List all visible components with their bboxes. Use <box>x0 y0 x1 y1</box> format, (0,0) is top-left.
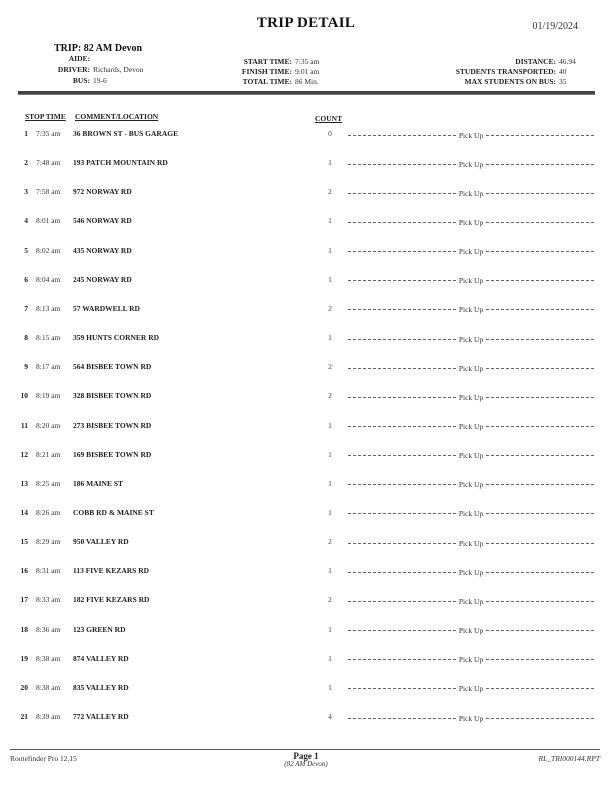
stop-number: 1 <box>14 129 28 138</box>
stop-number: 17 <box>14 595 28 604</box>
stop-action: Pick Up <box>348 129 594 141</box>
stop-row: 5 8:02 am 435 NORWAY RD 1 Pick Up <box>0 246 612 258</box>
stop-number: 8 <box>14 333 28 342</box>
stop-action: Pick Up <box>348 421 594 433</box>
bus-value: 19-6 <box>93 76 107 85</box>
finish-time-value: 9:01 am <box>295 67 319 76</box>
dash-leader <box>348 339 456 340</box>
stop-time: 8:15 am <box>36 333 60 342</box>
footer-divider <box>10 749 600 750</box>
stop-time: 8:13 am <box>36 304 60 313</box>
stop-row: 17 8:33 am 182 FIVE KEZARS RD 2 Pick Up <box>0 595 612 607</box>
stop-action-label: Pick Up <box>456 364 486 373</box>
col-header-location: COMMENT/LOCATION <box>75 112 158 121</box>
stop-count: 2 <box>325 304 335 313</box>
dash-leader <box>348 193 456 194</box>
dash-trailer <box>486 455 594 456</box>
stop-location: 772 VALLEY RD <box>73 712 129 721</box>
stop-number: 2 <box>14 158 28 167</box>
stop-location: 245 NORWAY RD <box>73 275 132 284</box>
stop-number: 20 <box>14 683 28 692</box>
stop-action-label: Pick Up <box>456 539 486 548</box>
stop-action-label: Pick Up <box>456 422 486 431</box>
stop-count: 1 <box>325 246 335 255</box>
stop-row: 7 8:13 am 57 WARDWELL RD 2 Pick Up <box>0 304 612 316</box>
stop-action-label: Pick Up <box>456 684 486 693</box>
stop-action: Pick Up <box>348 362 594 374</box>
dash-leader <box>348 630 456 631</box>
dash-leader <box>348 251 456 252</box>
report-title: TRIP DETAIL <box>0 15 612 32</box>
max-students-row: MAX STUDENTS ON BUS:35 <box>420 76 567 87</box>
stop-count: 1 <box>325 450 335 459</box>
dash-trailer <box>486 601 594 602</box>
stop-count: 2 <box>325 537 335 546</box>
stop-location: 972 NORWAY RD <box>73 187 132 196</box>
stop-time: 7:58 am <box>36 187 60 196</box>
dash-leader <box>348 572 456 573</box>
start-time-value: 7:35 am <box>295 57 319 66</box>
stop-row: 12 8:21 am 169 BISBEE TOWN RD 1 Pick Up <box>0 450 612 462</box>
dash-leader <box>348 688 456 689</box>
stop-time: 8:21 am <box>36 450 60 459</box>
stop-number: 12 <box>14 450 28 459</box>
stop-action-label: Pick Up <box>456 480 486 489</box>
stop-action-label: Pick Up <box>456 655 486 664</box>
dash-trailer <box>486 484 594 485</box>
stop-time: 8:25 am <box>36 479 60 488</box>
stop-number: 6 <box>14 275 28 284</box>
stop-number: 3 <box>14 187 28 196</box>
stop-count: 1 <box>325 275 335 284</box>
stop-row: 1 7:35 am 36 BROWN ST - BUS GARAGE 0 Pic… <box>0 129 612 141</box>
stop-action-label: Pick Up <box>456 218 486 227</box>
dash-trailer <box>486 718 594 719</box>
dash-leader <box>348 601 456 602</box>
dash-leader <box>348 397 456 398</box>
dash-leader <box>348 455 456 456</box>
aide-label: AIDE: <box>20 53 90 64</box>
driver-value: Richards, Devon <box>93 65 143 74</box>
stop-number: 14 <box>14 508 28 517</box>
stop-number: 10 <box>14 391 28 400</box>
report-date: 01/19/2024 <box>532 21 578 32</box>
stop-action-label: Pick Up <box>456 305 486 314</box>
stop-action: Pick Up <box>348 304 594 316</box>
dash-leader <box>348 164 456 165</box>
stop-action-label: Pick Up <box>456 626 486 635</box>
stop-action: Pick Up <box>348 391 594 403</box>
stop-action-label: Pick Up <box>456 393 486 402</box>
dash-trailer <box>486 193 594 194</box>
stop-action: Pick Up <box>348 158 594 170</box>
stop-location: 950 VALLEY RD <box>73 537 129 546</box>
stop-time: 7:48 am <box>36 158 60 167</box>
stop-number: 16 <box>14 566 28 575</box>
stop-action-label: Pick Up <box>456 335 486 344</box>
stop-action: Pick Up <box>348 625 594 637</box>
stop-count: 2 <box>325 595 335 604</box>
stop-count: 1 <box>325 216 335 225</box>
stop-time: 8:38 am <box>36 654 60 663</box>
stop-row: 14 8:26 am COBB RD & MAINE ST 1 Pick Up <box>0 508 612 520</box>
stop-time: 8:20 am <box>36 421 60 430</box>
stop-number: 4 <box>14 216 28 225</box>
stop-location: 273 BISBEE TOWN RD <box>73 421 151 430</box>
dash-trailer <box>486 543 594 544</box>
stop-count: 1 <box>325 654 335 663</box>
stop-location: 193 PATCH MOUNTAIN RD <box>73 158 168 167</box>
stop-location: 835 VALLEY RD <box>73 683 129 692</box>
dash-trailer <box>486 572 594 573</box>
stop-action: Pick Up <box>348 508 594 520</box>
stop-time: 8:04 am <box>36 275 60 284</box>
stop-time: 8:29 am <box>36 537 60 546</box>
bus-label: BUS: <box>20 75 90 86</box>
stop-time: 8:01 am <box>36 216 60 225</box>
stop-row: 2 7:48 am 193 PATCH MOUNTAIN RD 1 Pick U… <box>0 158 612 170</box>
dash-trailer <box>486 309 594 310</box>
stop-time: 8:38 am <box>36 683 60 692</box>
dash-leader <box>348 222 456 223</box>
stop-action-label: Pick Up <box>456 509 486 518</box>
dash-trailer <box>486 280 594 281</box>
stop-action: Pick Up <box>348 187 594 199</box>
dash-trailer <box>486 688 594 689</box>
dash-leader <box>348 135 456 136</box>
stop-row: 9 8:17 am 564 BISBEE TOWN RD 2 Pick Up <box>0 362 612 374</box>
dash-trailer <box>486 397 594 398</box>
stop-time: 8:31 am <box>36 566 60 575</box>
stop-time: 8:36 am <box>36 625 60 634</box>
stop-row: 8 8:15 am 359 HUNTS CORNER RD 1 Pick Up <box>0 333 612 345</box>
stop-action: Pick Up <box>348 333 594 345</box>
stop-location: 564 BISBEE TOWN RD <box>73 362 151 371</box>
header-divider <box>18 91 595 95</box>
stop-count: 1 <box>325 479 335 488</box>
stop-action: Pick Up <box>348 246 594 258</box>
stop-location: 186 MAINE ST <box>73 479 123 488</box>
dash-trailer <box>486 630 594 631</box>
stop-row: 20 8:38 am 835 VALLEY RD 1 Pick Up <box>0 683 612 695</box>
stop-row: 10 8:19 am 328 BISBEE TOWN RD 2 Pick Up <box>0 391 612 403</box>
bus-row: BUS:19-6 <box>20 75 107 86</box>
stop-time: 7:35 am <box>36 129 60 138</box>
stop-count: 1 <box>325 158 335 167</box>
stop-count: 1 <box>325 683 335 692</box>
stop-time: 8:02 am <box>36 246 60 255</box>
stop-number: 18 <box>14 625 28 634</box>
total-time-label: TOTAL TIME: <box>220 76 292 87</box>
dash-trailer <box>486 513 594 514</box>
driver-row: DRIVER:Richards, Devon <box>20 64 143 75</box>
stop-action: Pick Up <box>348 450 594 462</box>
total-time-row: TOTAL TIME:86 Min. <box>220 76 319 87</box>
stop-number: 7 <box>14 304 28 313</box>
stop-location: 435 NORWAY RD <box>73 246 132 255</box>
dash-trailer <box>486 164 594 165</box>
stop-count: 1 <box>325 566 335 575</box>
stop-action: Pick Up <box>348 566 594 578</box>
stop-action: Pick Up <box>348 275 594 287</box>
stop-count: 2 <box>325 391 335 400</box>
stop-location: 57 WARDWELL RD <box>73 304 140 313</box>
report-filename: RL_TRI000144.RPT <box>539 754 600 763</box>
stop-time: 8:26 am <box>36 508 60 517</box>
stop-action-label: Pick Up <box>456 160 486 169</box>
stop-action-label: Pick Up <box>456 131 486 140</box>
dash-leader <box>348 718 456 719</box>
stop-location: 874 VALLEY RD <box>73 654 129 663</box>
stop-action: Pick Up <box>348 216 594 228</box>
stop-count: 0 <box>325 129 335 138</box>
max-students-value: 35 <box>559 77 567 86</box>
dash-leader <box>348 426 456 427</box>
stop-number: 19 <box>14 654 28 663</box>
stop-action-label: Pick Up <box>456 568 486 577</box>
stop-time: 8:33 am <box>36 595 60 604</box>
stop-action: Pick Up <box>348 654 594 666</box>
stop-number: 13 <box>14 479 28 488</box>
stop-action: Pick Up <box>348 683 594 695</box>
dash-leader <box>348 280 456 281</box>
stop-count: 2 <box>325 187 335 196</box>
col-header-stop-time: STOP TIME <box>25 112 66 121</box>
stop-location: 546 NORWAY RD <box>73 216 132 225</box>
stop-count: 1 <box>325 421 335 430</box>
driver-label: DRIVER: <box>20 64 90 75</box>
stop-count: 1 <box>325 508 335 517</box>
stop-action: Pick Up <box>348 712 594 724</box>
stop-row: 11 8:20 am 273 BISBEE TOWN RD 1 Pick Up <box>0 421 612 433</box>
dash-trailer <box>486 426 594 427</box>
dash-trailer <box>486 659 594 660</box>
students-transported-value: 40 <box>559 67 567 76</box>
stop-time: 8:17 am <box>36 362 60 371</box>
dash-leader <box>348 543 456 544</box>
stop-number: 5 <box>14 246 28 255</box>
stop-action: Pick Up <box>348 479 594 491</box>
dash-leader <box>348 368 456 369</box>
dash-leader <box>348 484 456 485</box>
stop-number: 15 <box>14 537 28 546</box>
stop-location: 169 BISBEE TOWN RD <box>73 450 151 459</box>
stop-row: 21 8:39 am 772 VALLEY RD 4 Pick Up <box>0 712 612 724</box>
stop-row: 19 8:38 am 874 VALLEY RD 1 Pick Up <box>0 654 612 666</box>
dash-trailer <box>486 251 594 252</box>
stop-time: 8:19 am <box>36 391 60 400</box>
stop-location: 328 BISBEE TOWN RD <box>73 391 151 400</box>
stop-action-label: Pick Up <box>456 714 486 723</box>
stop-action-label: Pick Up <box>456 276 486 285</box>
distance-value: 46.94 <box>559 57 576 66</box>
stop-time: 8:39 am <box>36 712 60 721</box>
dash-trailer <box>486 135 594 136</box>
dash-trailer <box>486 222 594 223</box>
dash-leader <box>348 309 456 310</box>
stop-row: 15 8:29 am 950 VALLEY RD 2 Pick Up <box>0 537 612 549</box>
stop-action: Pick Up <box>348 595 594 607</box>
stop-row: 4 8:01 am 546 NORWAY RD 1 Pick Up <box>0 216 612 228</box>
stop-number: 9 <box>14 362 28 371</box>
stop-action-label: Pick Up <box>456 597 486 606</box>
stop-location: COBB RD & MAINE ST <box>73 508 154 517</box>
stop-action-label: Pick Up <box>456 247 486 256</box>
stop-location: 182 FIVE KEZARS RD <box>73 595 149 604</box>
stop-row: 18 8:36 am 123 GREEN RD 1 Pick Up <box>0 625 612 637</box>
dash-trailer <box>486 368 594 369</box>
stop-row: 16 8:31 am 113 FIVE KEZARS RD 1 Pick Up <box>0 566 612 578</box>
stop-number: 11 <box>14 421 28 430</box>
aide-row: AIDE: <box>20 53 93 64</box>
page-subtitle: (82 AM Devon) <box>0 760 612 768</box>
stop-count: 4 <box>325 712 335 721</box>
col-header-count: COUNT <box>315 114 342 123</box>
page-indicator: Page 1 (82 AM Devon) <box>0 751 612 768</box>
stop-location: 36 BROWN ST - BUS GARAGE <box>73 129 178 138</box>
stop-location: 123 GREEN RD <box>73 625 126 634</box>
stop-number: 21 <box>14 712 28 721</box>
stop-action-label: Pick Up <box>456 189 486 198</box>
stop-count: 1 <box>325 625 335 634</box>
dash-trailer <box>486 339 594 340</box>
max-students-label: MAX STUDENTS ON BUS: <box>420 76 556 87</box>
stop-count: 1 <box>325 333 335 342</box>
stop-count: 2 <box>325 362 335 371</box>
total-time-value: 86 Min. <box>295 77 319 86</box>
stop-row: 13 8:25 am 186 MAINE ST 1 Pick Up <box>0 479 612 491</box>
stop-location: 359 HUNTS CORNER RD <box>73 333 159 342</box>
stop-row: 6 8:04 am 245 NORWAY RD 1 Pick Up <box>0 275 612 287</box>
stop-row: 3 7:58 am 972 NORWAY RD 2 Pick Up <box>0 187 612 199</box>
dash-leader <box>348 659 456 660</box>
dash-leader <box>348 513 456 514</box>
stop-action: Pick Up <box>348 537 594 549</box>
stop-action-label: Pick Up <box>456 451 486 460</box>
stop-location: 113 FIVE KEZARS RD <box>73 566 149 575</box>
